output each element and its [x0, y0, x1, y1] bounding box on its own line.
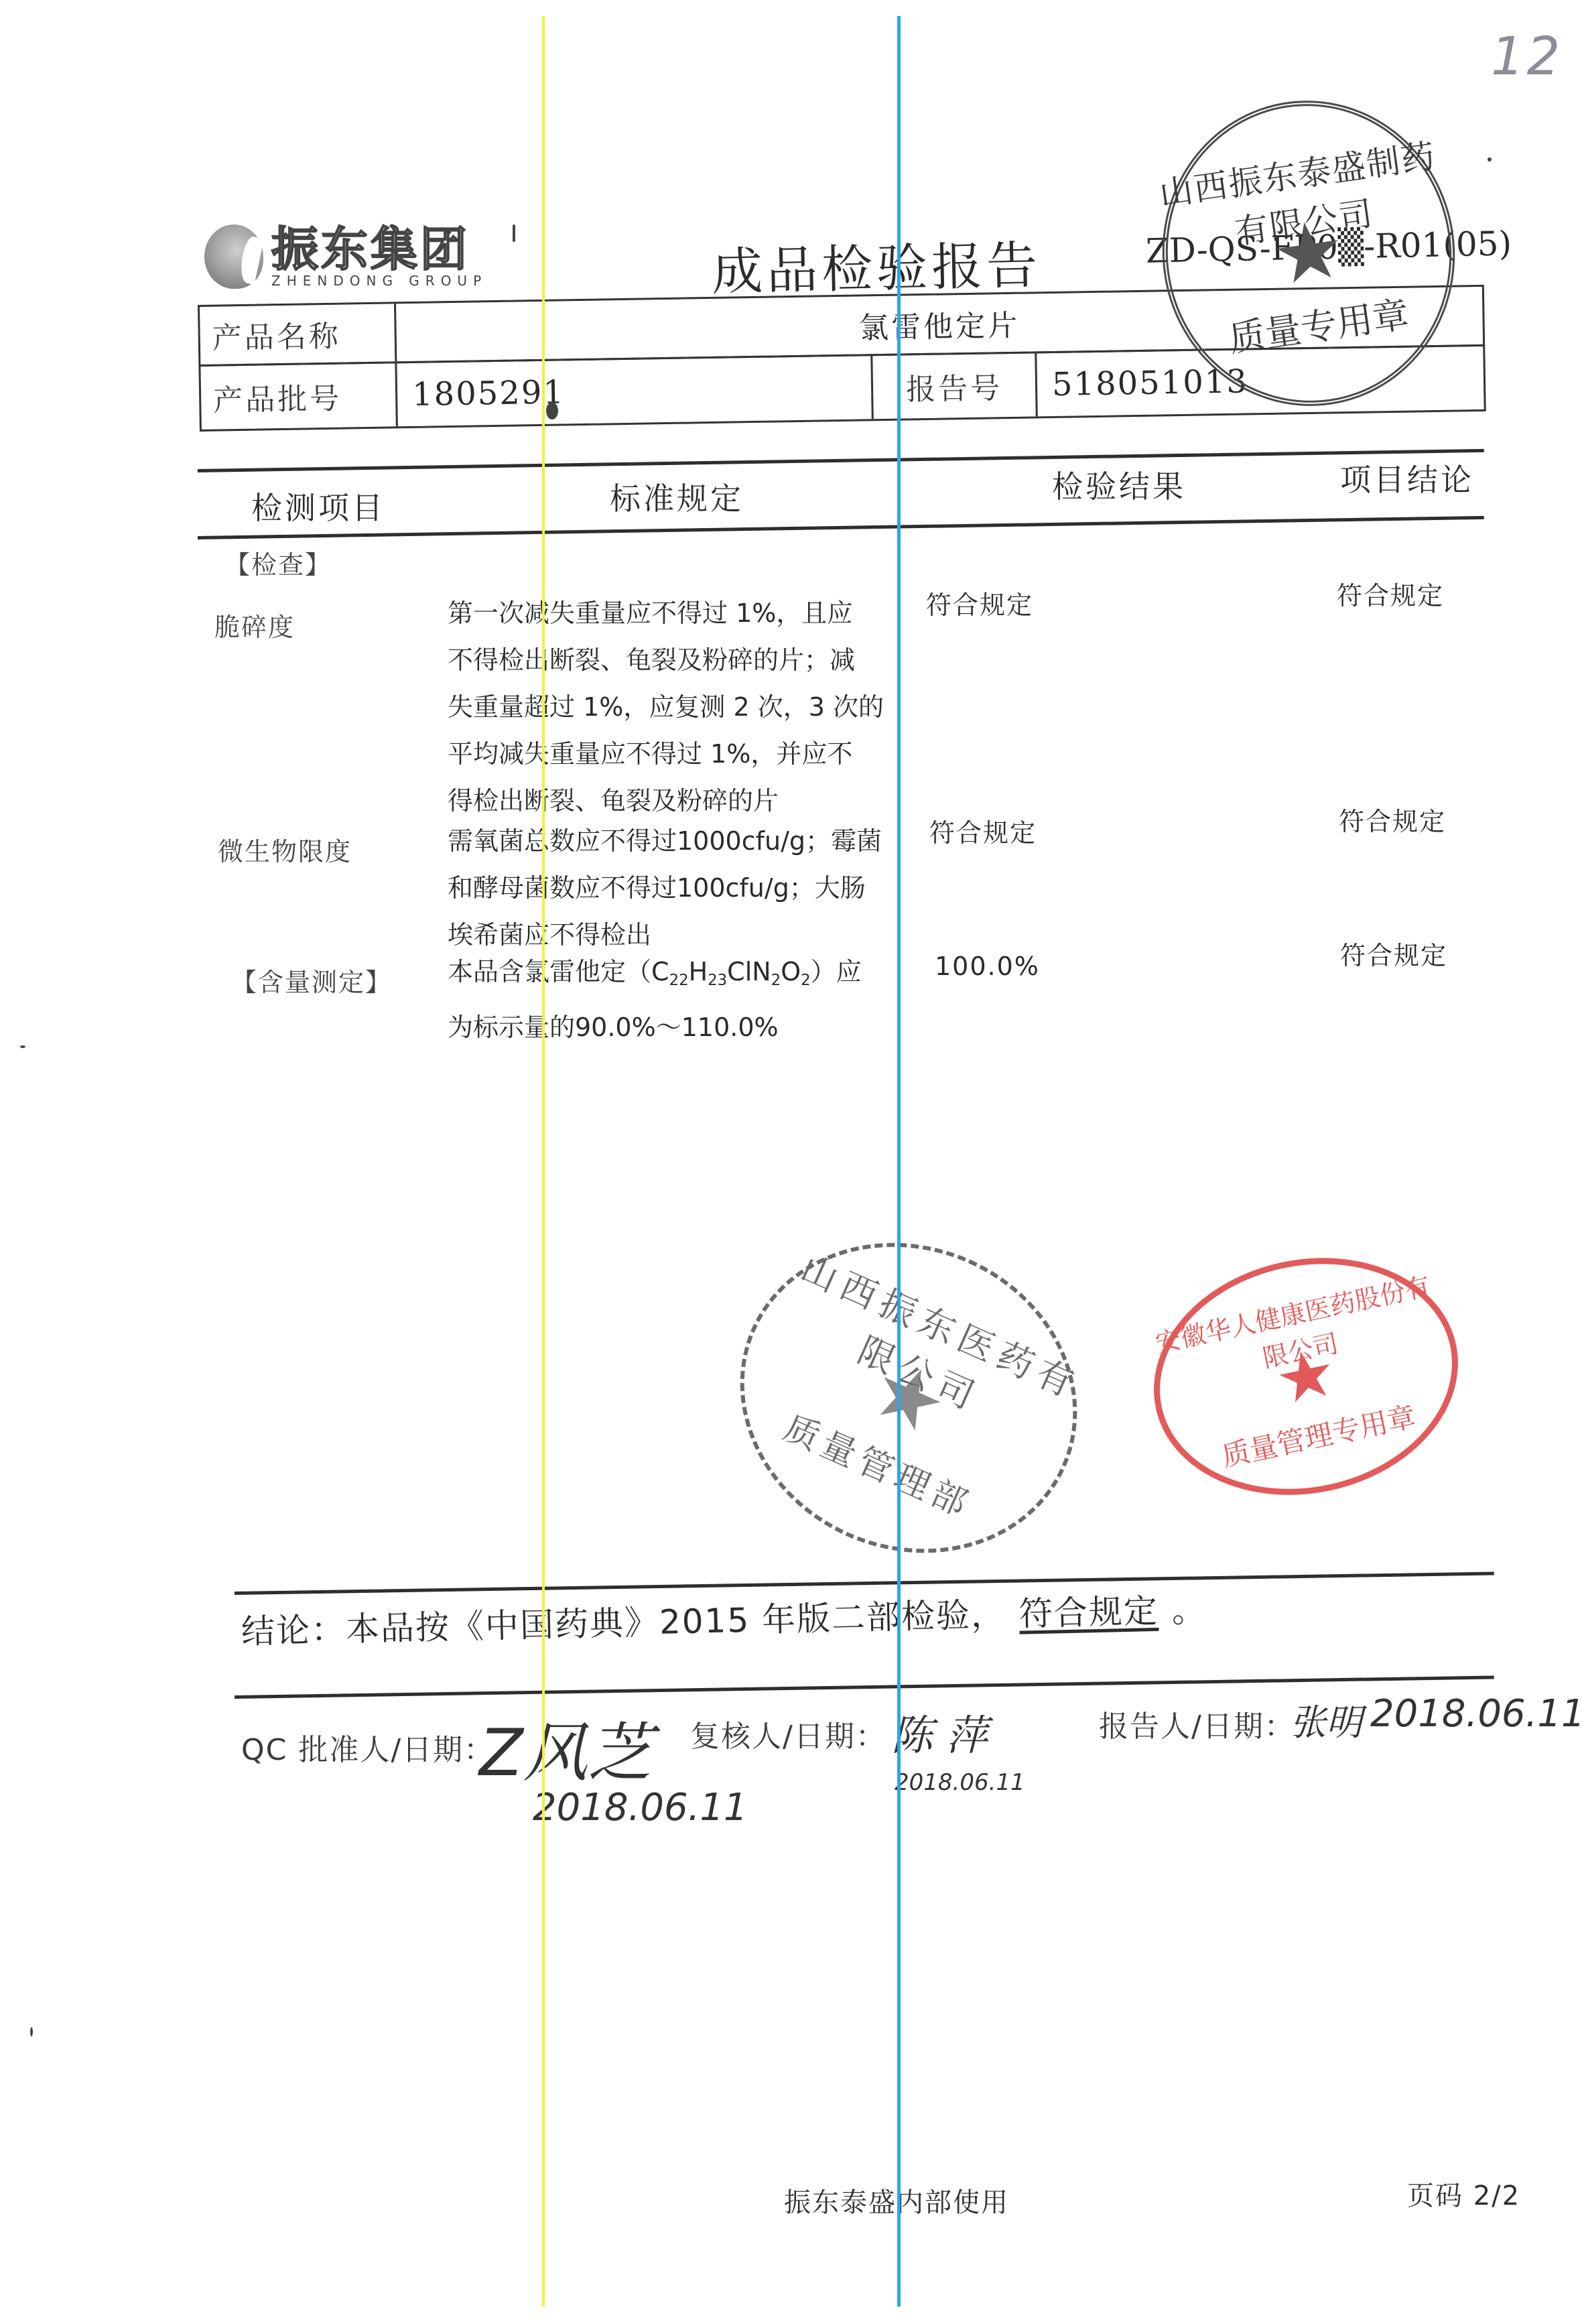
standard-microbial-limit: 需氧菌总数应不得过1000cfu/g；霉菌 和酵母菌数应不得过100cfu/g；…	[448, 818, 910, 958]
scan-speck	[1488, 157, 1492, 162]
handwritten-page-number: 12	[1491, 27, 1563, 87]
qc-approver-label: QC 批准人/日期：	[241, 1726, 495, 1768]
conclusion-assay: 符合规定	[1340, 935, 1447, 972]
divider	[198, 516, 1484, 539]
standard-line: 和酵母菌数应不得过100cfu/g；大肠	[448, 864, 910, 911]
conclusion-microbial-limit: 符合规定	[1339, 801, 1446, 838]
standard-line: 第一次减失重量应不得过 1%，且应	[448, 590, 910, 637]
reporter-date: 2018.06.11	[1370, 1692, 1582, 1736]
quality-seal-distributor: 山西振东医药有限公司 ★ 质量管理部	[690, 1189, 1127, 1606]
column-header-conclusion: 项目结论	[1340, 456, 1474, 500]
footer-page-number: 页码 2/2	[1407, 2175, 1520, 2213]
scan-speck	[513, 224, 515, 242]
reporter-signature: 张明	[1290, 1694, 1362, 1746]
column-header-result: 检验结果	[1052, 462, 1186, 507]
quality-seal-red: 安徽华人健康医药股份有限公司 ★ 质量管理专用章	[1132, 1230, 1480, 1523]
standard-assay: 本品含氯雷他定（C22H23ClN2O2）应 为标示量的90.0%～110.0%	[448, 948, 910, 1051]
qc-approver-date: 2018.06.11	[533, 1786, 748, 1829]
report-number-label: 报告号	[906, 364, 1003, 408]
logo-english-name: ZHENDONG GROUP	[271, 273, 487, 289]
qc-approver-signature: Z风芝	[479, 1702, 652, 1794]
footer-internal-use: 振东泰盛内部使用	[784, 2181, 1009, 2219]
batch-value: 1805291	[397, 373, 566, 413]
standard-line: 不得检出断裂、龟裂及粉碎的片；减	[448, 637, 910, 684]
conclusion-prefix: 结论：本品按《中国药典》2015 年版二部检验，	[241, 1595, 1006, 1651]
product-name-label: 产品名称	[200, 312, 341, 357]
conclusion-verdict: 符合规定	[1005, 1591, 1172, 1634]
reviewer-date: 2018.06.11	[895, 1769, 1025, 1796]
standard-line: 需氧菌总数应不得过1000cfu/g；霉菌	[448, 818, 910, 864]
conclusion-statement: 结论：本品按《中国药典》2015 年版二部检验，符合规定。	[241, 1583, 1207, 1653]
reviewer-label: 复核人/日期：	[690, 1712, 886, 1755]
scan-guide-line-blue	[897, 16, 901, 2307]
seal-company-text: 山西振东泰盛制药有限公司	[1155, 129, 1447, 263]
column-header-standard: 标准规定	[610, 474, 744, 519]
standard-line: 平均减失重量应不得过 1%，并应不	[448, 730, 910, 777]
scan-guide-line-yellow	[542, 16, 545, 2307]
standard-line: 为标示量的90.0%～110.0%	[448, 1004, 910, 1051]
item-microbial-limit: 微生物限度	[218, 831, 352, 868]
result-microbial-limit: 符合规定	[929, 812, 1037, 849]
standard-line-formula: 本品含氯雷他定（C22H23ClN2O2）应	[448, 948, 910, 1004]
divider	[198, 449, 1484, 472]
section-label-inspection: 【检查】	[224, 544, 332, 581]
standard-friability: 第一次减失重量应不得过 1%，且应 不得检出断裂、龟裂及粉碎的片；减 失重量超过…	[448, 590, 910, 824]
column-header-item: 检测项目	[251, 484, 385, 528]
company-logo: 振东集团 ZHENDONG GROUP	[204, 224, 487, 289]
scan-speck	[30, 2027, 33, 2037]
logo-chinese-name: 振东集团	[271, 224, 487, 274]
section-label-assay: 【含量测定】	[231, 962, 392, 998]
logo-globe-icon	[204, 224, 263, 289]
scan-speck	[20, 1045, 25, 1048]
scan-speck	[546, 402, 558, 419]
standard-line: 失重量超过 1%，应复测 2 次，3 次的	[448, 684, 910, 730]
result-assay: 100.0%	[935, 952, 1040, 981]
reporter-label: 报告人/日期：	[1099, 1702, 1295, 1745]
product-name-value: 氯雷他定片	[859, 302, 1020, 347]
conclusion-friability: 符合规定	[1337, 575, 1444, 612]
result-friability: 符合规定	[926, 584, 1033, 621]
reviewer-signature: 陈 萍	[891, 1702, 988, 1762]
batch-label: 产品批号	[201, 375, 342, 419]
item-friability: 脆碎度	[214, 606, 295, 643]
